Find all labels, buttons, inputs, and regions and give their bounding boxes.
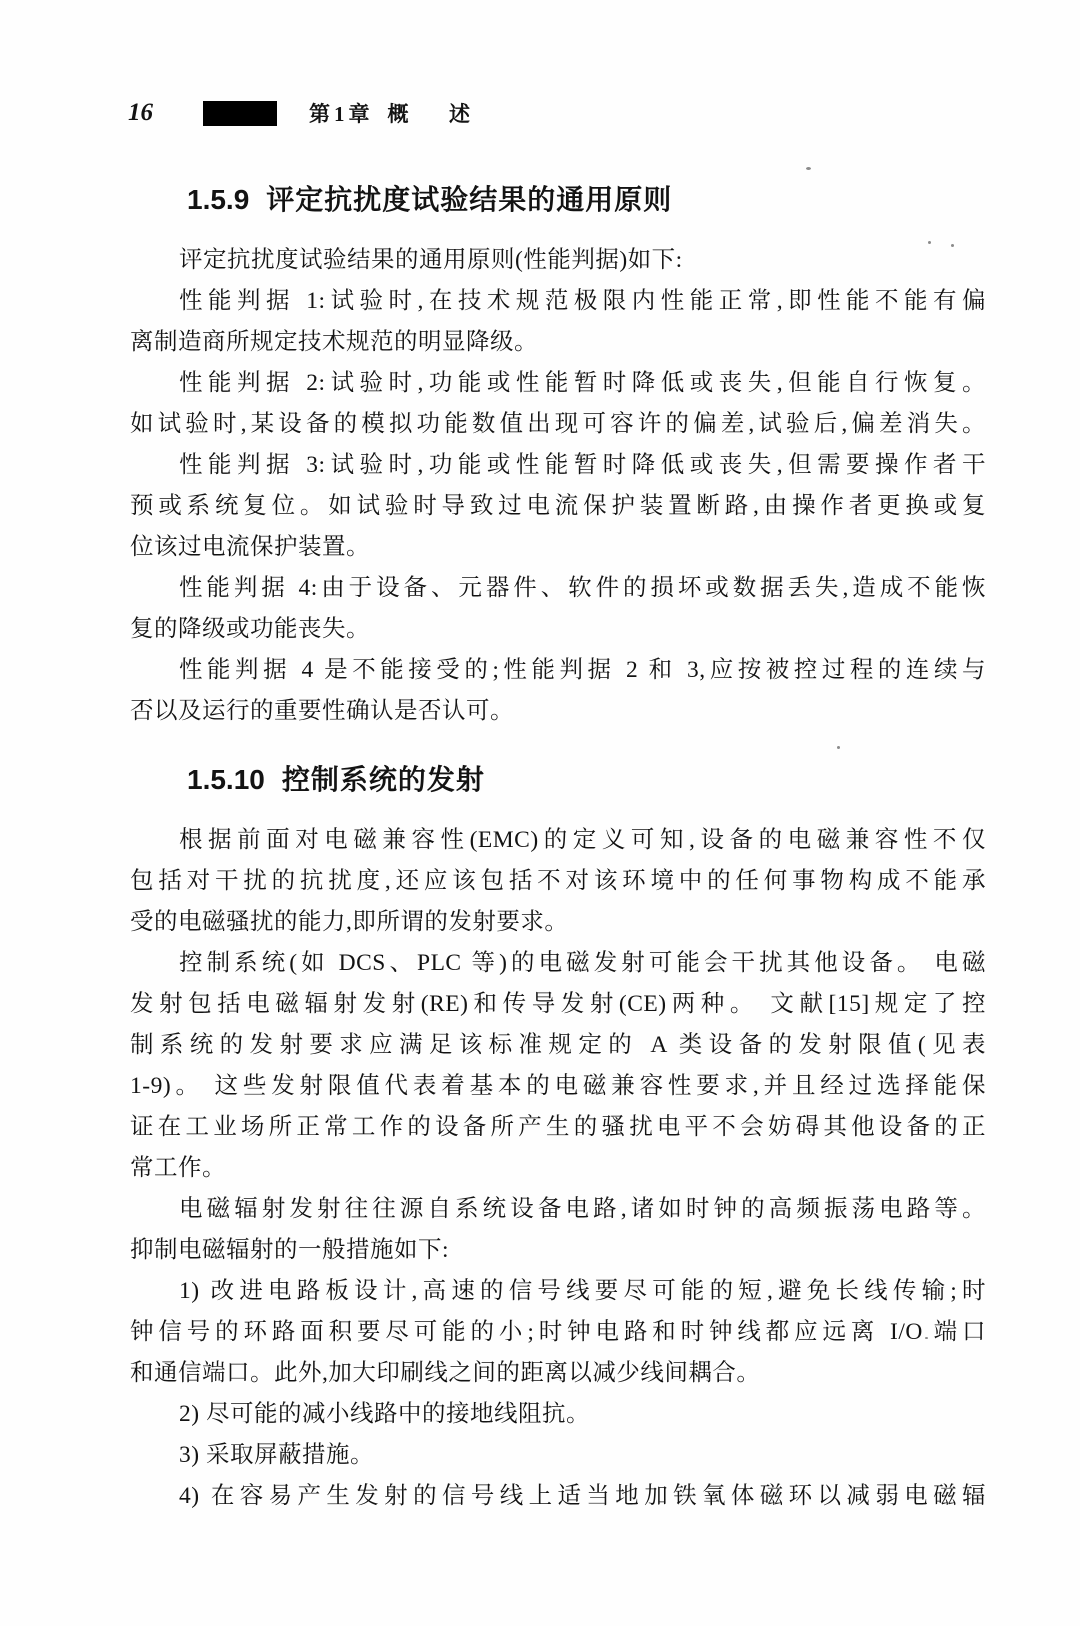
text-line: 复的降级或功能丧失。	[130, 609, 986, 650]
text-line: 制系统的发射要求应满足该标准规定的 A 类设备的发射限值(见表	[130, 1025, 986, 1066]
scan-speck	[470, 258, 473, 260]
text-line: 证在工业场所正常工作的设备所产生的骚扰电平不会妨碍其他设备的正	[130, 1107, 986, 1148]
page-number: 16	[128, 99, 153, 127]
section-heading: 1.5.9评定抗扰度试验结果的通用原则	[187, 182, 986, 218]
text-line: 2) 尽可能的减小线路中的接地线阻抗。	[130, 1394, 986, 1435]
text-line: 预或系统复位。如试验时导致过电流保护装置断路,由操作者更换或复	[130, 486, 986, 527]
text-line: 性能判据 2:试验时,功能或性能暂时降低或丧失,但能自行恢复。	[130, 363, 986, 404]
text-line: 性能判据 1:试验时,在技术规范极限内性能正常,即性能不能有偏	[130, 281, 986, 322]
text-line: 抑制电磁辐射的一般措施如下:	[130, 1230, 986, 1271]
section-title: 评定抗扰度试验结果的通用原则	[266, 184, 672, 215]
chapter-label: 第1章	[309, 102, 374, 126]
text-line: 和通信端口。此外,加大印刷线之间的距离以减少线间耦合。	[130, 1353, 986, 1394]
scan-speck	[925, 1337, 928, 1339]
scan-speck	[928, 241, 931, 244]
text-line: 常工作。	[130, 1148, 986, 1189]
text-line: 发射包括电磁辐射发射(RE)和传导发射(CE)两种。 文献[15]规定了控	[130, 984, 986, 1025]
section-heading: 1.5.10控制系统的发射	[187, 762, 986, 798]
text-line: 性能判据 4 是不能接受的;性能判据 2 和 3,应按被控过程的连续与	[130, 650, 986, 691]
section-number: 1.5.9	[187, 184, 249, 215]
text-line: 电磁辐射发射往往源自系统设备电路,诸如时钟的高频振荡电路等。	[130, 1189, 986, 1230]
text-line: 否以及运行的重要性确认是否认可。	[130, 691, 986, 732]
text-line: 评定抗扰度试验结果的通用原则(性能判据)如下:	[130, 240, 986, 281]
text-line: 性能判据 3:试验时,功能或性能暂时降低或丧失,但需要操作者干	[130, 445, 986, 486]
text-line: 1) 改进电路板设计,高速的信号线要尽可能的短,避免长线传输;时	[130, 1271, 986, 1312]
text-line: 受的电磁骚扰的能力,即所谓的发射要求。	[130, 902, 986, 943]
section-title: 控制系统的发射	[282, 764, 485, 795]
text-line: 1-9)。 这些发射限值代表着基本的电磁兼容性要求,并且经过选择能保	[130, 1066, 986, 1107]
text-line: 根据前面对电磁兼容性(EMC)的定义可知,设备的电磁兼容性不仅	[130, 820, 986, 861]
chapter-title: 概 述	[388, 102, 481, 126]
text-line: 性能判据 4:由于设备、元器件、软件的损坏或数据丢失,造成不能恢	[130, 568, 986, 609]
text-line: 离制造商所规定技术规范的明显降级。	[130, 322, 986, 363]
section-number: 1.5.10	[187, 764, 265, 795]
text-line: 如试验时,某设备的模拟功能数值出现可容许的偏差,试验后,偏差消失。	[130, 404, 986, 445]
header-black-bar	[203, 101, 277, 126]
text-line: 3) 采取屏蔽措施。	[130, 1435, 986, 1476]
scan-speck	[837, 746, 840, 749]
text-line: 包括对干扰的抗扰度,还应该包括不对该环境中的任何事物构成不能承	[130, 861, 986, 902]
text-line: 控制系统(如 DCS、PLC 等)的电磁发射可能会干扰其他设备。 电磁	[130, 943, 986, 984]
text-line: 钟信号的环路面积要尽可能的小;时钟电路和时钟线都应远离 I/O 端口	[130, 1312, 986, 1353]
text-line: 位该过电流保护装置。	[130, 527, 986, 568]
scan-speck	[806, 167, 811, 170]
scan-speck	[951, 244, 954, 247]
page-header: 16 第1章概 述	[128, 98, 480, 128]
book-page: 16 第1章概 述 1.5.9评定抗扰度试验结果的通用原则评定抗扰度试验结果的通…	[0, 0, 1080, 1626]
page-content: 1.5.9评定抗扰度试验结果的通用原则评定抗扰度试验结果的通用原则(性能判据)如…	[130, 170, 986, 1517]
text-line: 4) 在容易产生发射的信号线上适当地加铁氧体磁环以减弱电磁辐	[130, 1476, 986, 1517]
chapter-heading: 第1章概 述	[309, 98, 480, 128]
